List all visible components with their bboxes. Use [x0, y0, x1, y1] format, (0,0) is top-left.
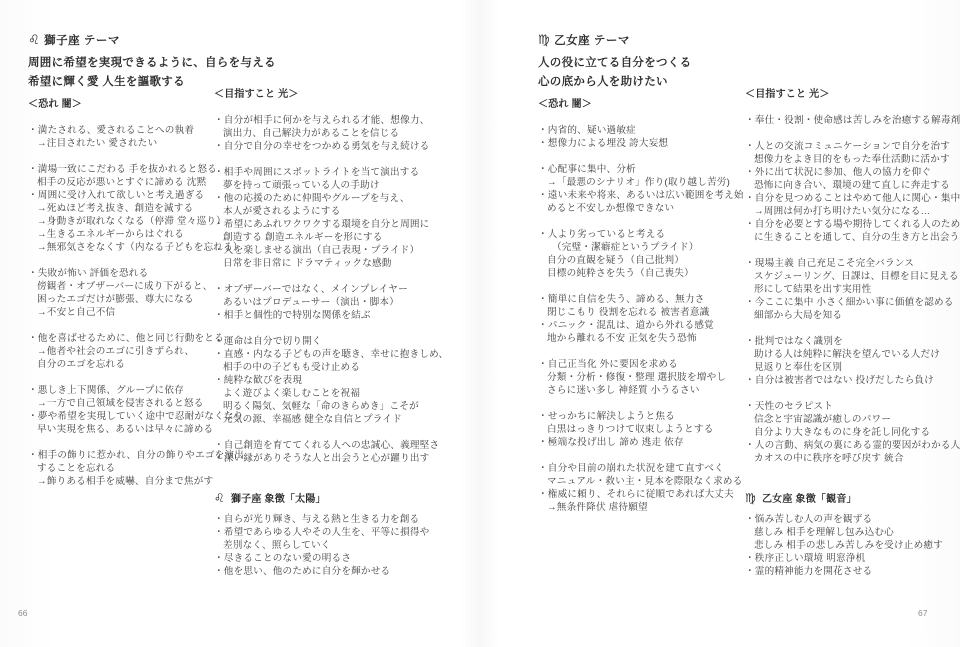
text-line: ・相手の飾りに惹かれ、自分の飾りやエゴを演出 — [28, 449, 218, 462]
text-line: ・極端な投げ出し 諦め 逃走 依存 — [538, 436, 743, 449]
text-line: →注目されたい 愛されたい — [28, 137, 218, 150]
virgo-fear-column: ＜恐れ 闇＞・内省的、疑い過敏症・想像力による埋没 誇大妄想・心配事に集中、分析… — [538, 98, 743, 527]
paragraph-block: ・オブザーバーではなく、メインプレイヤーあるいはプロデューサー（演出・脚本）・相… — [214, 283, 449, 322]
text-line: 相手の反応が悪いとすぐに諦める 沈黙 — [28, 176, 218, 189]
text-line: 夢を持って頑張っている人の手助け — [214, 179, 449, 192]
text-line: 創造する 創造エネルギーを形にする — [214, 231, 449, 244]
text-line: ・現場主義 自己充足こそ完全バランス — [745, 257, 957, 270]
text-line: ・オブザーバーではなく、メインプレイヤー — [214, 283, 449, 296]
text-line: ・深い縁がありそうな人と出会うと心が躍り出す — [214, 452, 449, 465]
paragraph-block: ・現場主義 自己充足こそ完全バランススケジューリング、日課は、目標を目に見える形… — [745, 257, 957, 322]
virgo-symbol-icon: ♍ — [538, 33, 550, 48]
text-line: ・人より劣っていると考える — [538, 228, 743, 241]
virgo-theme-subtitle-line1: 人の役に立てる自分をつくる — [538, 54, 691, 73]
paragraph-block: ・心配事に集中、分析→「最悪のシナリオ」作り(取り越し苦労)・遠い未来や将来、あ… — [538, 163, 743, 215]
text-line: ・尽きることのない愛の明るさ — [214, 552, 449, 565]
leo-symbol-icon: ♌ — [28, 33, 40, 48]
section-heading: ＜目指すこと 光＞ — [214, 88, 449, 101]
text-line: 目標の純粋さを失う（自己喪失） — [538, 267, 743, 280]
text-line: ・自己創造を育ててくれる人への忠誠心、義理堅さ — [214, 439, 449, 452]
text-line: →無邪気さをなくす（内なる子どもを忘れる） — [28, 241, 218, 254]
paragraph-block: ・自己正当化 外に要因を求める分類・分析・修復・整理 選択肢を増やしさらに迷い多… — [538, 358, 743, 397]
text-line: ・相手や周囲にスポットライトを当て演出する — [214, 166, 449, 179]
text-line: ・権威に頼り、それらに従順であれば大丈夫 — [538, 488, 743, 501]
text-line: 細部から大局を知る — [745, 309, 957, 322]
paragraph-block: ・他を喜ばせるために、他と同じ行動をとる→他者や社会のエゴに引きずられ、自分のエ… — [28, 332, 218, 371]
text-line: ・内省的、疑い過敏症 — [538, 124, 743, 137]
text-line: ・自己正当化 外に要因を求める — [538, 358, 743, 371]
virgo-theme-title-text: 乙女座 テーマ — [554, 35, 630, 47]
leo-fear-column: ＜恐れ 闇＞・満たされる、愛されることへの執着→注目されたい 愛されたい・満場一… — [28, 98, 218, 501]
text-line: カオスの中に秩序を呼び戻す 統合 — [745, 452, 957, 465]
text-line: 慈しみ 相手を理解し包み込む心 — [745, 526, 957, 539]
text-line: →不安と自己不信 — [28, 306, 218, 319]
text-line: ・心配事に集中、分析 — [538, 163, 743, 176]
text-line: 見返りと奉仕を区別 — [745, 361, 957, 374]
text-line: ・人の言動、病気の裏にある霊的要因がわかる人 — [745, 439, 957, 452]
text-line: →生きるエネルギーからはぐれる — [28, 228, 218, 241]
text-line: に生きることを通して、自分の生き方と出会う — [745, 231, 957, 244]
text-line: →身動きが取れなくなる（停滞 堂々巡り） — [28, 215, 218, 228]
text-line: →他者や社会のエゴに引きずられ、 — [28, 345, 218, 358]
text-line: 元気の源、幸福感 健全な自信とプライド — [214, 413, 449, 426]
text-line: （完璧・潔癖症というプライド） — [538, 241, 743, 254]
page-number-left: 66 — [18, 608, 27, 618]
text-line: →周囲は何か打ち明けたい気分になる… — [745, 205, 957, 218]
zodiac-symbol-section: ♌ 獅子座 象徴「太陽」・自らが光り輝き、与える熱と生きる力を創る・希望であらゆ… — [214, 492, 449, 578]
text-line: 地から離れる不安 正気を失う恐怖 — [538, 332, 743, 345]
paragraph-block: ・自分や目前の崩れた状況を建て直すべくマニュアル・救い主・見本を際限なく求める・… — [538, 462, 743, 514]
text-line: ・自分で自分の幸せをつかめる勇気を与え続ける — [214, 140, 449, 153]
page-number-right: 67 — [918, 608, 927, 618]
text-line: 傍観者・オブザーバーに成り下がると、 — [28, 280, 218, 293]
paragraph-block: ・自己創造を育ててくれる人への忠誠心、義理堅さ・深い縁がありそうな人と出会うと心… — [214, 439, 449, 465]
virgo-theme-subtitle-line2: 心の底から人を助けたい — [538, 73, 691, 92]
leo-theme-title-text: 獅子座 テーマ — [44, 35, 120, 47]
zodiac-symbol-icon: ♍ — [745, 491, 756, 505]
text-line: ・運命は自分で切り開く — [214, 335, 449, 348]
paragraph-block: ・批判ではなく識別を助ける人は純粋に解決を望んでいる人だけ見返りと奉仕を区別・自… — [745, 335, 957, 387]
text-line: 差別なく、照らしていく — [214, 539, 449, 552]
text-line: 悲しみ 相手の悲しみ苦しみを受け止め癒す — [745, 539, 957, 552]
text-line: ・希望であらゆる人やその人生を、平等に損得や — [214, 526, 449, 539]
paragraph-block: ・満たされる、愛されることへの執着→注目されたい 愛されたい — [28, 124, 218, 150]
text-line: ・批判ではなく識別を — [745, 335, 957, 348]
virgo-theme-title: ♍乙女座 テーマ — [538, 32, 691, 48]
section-heading: ＜目指すこと 光＞ — [745, 88, 957, 101]
text-line: →「最悪のシナリオ」作り(取り越し苦労) — [538, 176, 743, 189]
text-line: ・悪しき上下関係、グループに依存 — [28, 384, 218, 397]
text-line: ・自分を必要とする場や期待してくれる人のため — [745, 218, 957, 231]
paragraph-block: ・内省的、疑い過敏症・想像力による埋没 誇大妄想 — [538, 124, 743, 150]
paragraph-block: ・失敗が怖い 評価を恐れる傍観者・オブザーバーに成り下がると、困ったエゴだけが膨… — [28, 267, 218, 319]
virgo-light-column: ＜目指すこと 光＞・奉仕・役割・使命感は苦しみを治癒する解毒剤・人との交流コミュ… — [745, 88, 957, 578]
text-line: ・満場一致にこだわる 手を抜かれると怒る — [28, 163, 218, 176]
text-line: よく遊びよく楽しむことを祝福 — [214, 387, 449, 400]
text-line: →飾りある相手を威嚇、自分まで焦がす — [28, 475, 218, 488]
text-line: ・自分が相手に何かを与えられる才能、想像力、 — [214, 114, 449, 127]
text-line: 演出力、自己解決力があることを信じる — [214, 127, 449, 140]
right-page-header: ♍乙女座 テーマ 人の役に立てる自分をつくる 心の底から人を助けたい — [538, 32, 691, 92]
text-line: 分類・分析・修復・整理 選択肢を増やし — [538, 371, 743, 384]
text-line: ・周囲に受け入れて欲しいと考え過ぎる — [28, 189, 218, 202]
text-line: ・純粋な歓びを表現 — [214, 374, 449, 387]
text-line: あるいはプロデューサー（演出・脚本） — [214, 296, 449, 309]
text-line: 自分の直観を疑う（自己批判） — [538, 254, 743, 267]
leo-theme-title: ♌獅子座 テーマ — [28, 32, 276, 48]
text-line: ・悩み苦しむ人の声を観ずる — [745, 513, 957, 526]
text-line: 助ける人は純粋に解決を望んでいる人だけ — [745, 348, 957, 361]
text-line: ・外に出て状況に参加、他人の協力を仰ぐ — [745, 166, 957, 179]
text-line: ・自分は被害者ではない 投げだしたら負け — [745, 374, 957, 387]
text-line: 本人が愛されるようにする — [214, 205, 449, 218]
text-line: 恐怖に向き合い、環境の建て直しに奔走する — [745, 179, 957, 192]
symbol-section-heading: ♌ 獅子座 象徴「太陽」 — [214, 492, 449, 506]
section-heading: ＜恐れ 闇＞ — [28, 98, 218, 111]
paragraph-block: ・運命は自分で切り開く・直感・内なる子どもの声を聴き、幸せに抱きしめ、相手の中の… — [214, 335, 449, 426]
text-line: ・パニック・混乱は、道から外れる感覚 — [538, 319, 743, 332]
text-line: ・希望にあふれワクワクする環境を自分と周囲に — [214, 218, 449, 231]
text-line: ・簡単に自信を失う、諦める、無力さ — [538, 293, 743, 306]
text-line: めると不安しか想像できない — [538, 202, 743, 215]
text-line: 自分のエゴを忘れる — [28, 358, 218, 371]
text-line: ・他の応援のために仲間やグループを与え、 — [214, 192, 449, 205]
text-line: 早い実現を焦る、あるいは早々に諦める — [28, 423, 218, 436]
text-line: 閉じこもり 役割を忘れる 被害者意識 — [538, 306, 743, 319]
text-line: ・他を思い、他のために自分を輝かせる — [214, 565, 449, 578]
text-line: ・直感・内なる子どもの声を聴き、幸せに抱きしめ、 — [214, 348, 449, 361]
text-line: さらに迷い多し 神経質 小うるさい — [538, 384, 743, 397]
paragraph-block: ・せっかちに解決しようと焦る白黒はっきりつけて収束しようとする・極端な投げ出し … — [538, 410, 743, 449]
paragraph-block: ・満場一致にこだわる 手を抜かれると怒る相手の反応が悪いとすぐに諦める 沈黙・周… — [28, 163, 218, 254]
paragraph-block: ・奉仕・役割・使命感は苦しみを治癒する解毒剤 — [745, 114, 957, 127]
text-line: 想像力をよき目的をもった奉仕活動に活かす — [745, 153, 957, 166]
text-line: ・人との交流コミュニケーションで自分を治す — [745, 140, 957, 153]
zodiac-symbol-section: ♍ 乙女座 象徴「観音」・悩み苦しむ人の声を観ずる慈しみ 相手を理解し包み込む心… — [745, 492, 957, 578]
paragraph-block: ・人との交流コミュニケーションで自分を治す想像力をよき目的をもった奉仕活動に活か… — [745, 140, 957, 244]
paragraph-block: ・人より劣っていると考える（完璧・潔癖症というプライド）自分の直観を疑う（自己批… — [538, 228, 743, 280]
paragraph-block: ・自分が相手に何かを与えられる才能、想像力、演出力、自己解決力があることを信じる… — [214, 114, 449, 153]
paragraph-block: ・簡単に自信を失う、諦める、無力さ閉じこもり 役割を忘れる 被害者意識・パニック… — [538, 293, 743, 345]
text-line: ・自分や目前の崩れた状況を建て直すべく — [538, 462, 743, 475]
text-line: ・人を楽しませる演出（自己表現・プライド） — [214, 244, 449, 257]
text-line: マニュアル・救い主・見本を際限なく求める — [538, 475, 743, 488]
text-line: ・自分を見つめることはやめて他人に関心・集中 — [745, 192, 957, 205]
text-line: →一方で自己領域を侵害されると怒る — [28, 397, 218, 410]
section-heading: ＜恐れ 闇＞ — [538, 98, 743, 111]
zodiac-symbol-icon: ♌ — [214, 491, 225, 505]
text-line: ・相手と個性的で特別な関係を結ぶ — [214, 309, 449, 322]
text-line: ・夢や希望を実現していく途中で忍耐がなくなり — [28, 410, 218, 423]
text-line: ・他を喜ばせるために、他と同じ行動をとる — [28, 332, 218, 345]
text-line: 日常を非日常に ドラマティックな感動 — [214, 257, 449, 270]
text-line: ・遠い未来や将来、あるいは広い範囲を考え始 — [538, 189, 743, 202]
text-line: することを忘れる — [28, 462, 218, 475]
text-line: ・失敗が怖い 評価を恐れる — [28, 267, 218, 280]
text-line: ・せっかちに解決しようと焦る — [538, 410, 743, 423]
paragraph-block: ・悪しき上下関係、グループに依存→一方で自己領域を侵害されると怒る・夢や希望を実… — [28, 384, 218, 436]
leo-light-column: ＜目指すこと 光＞・自分が相手に何かを与えられる才能、想像力、演出力、自己解決力… — [214, 88, 449, 578]
text-line: ・天性のセラピスト — [745, 400, 957, 413]
text-line: ・奉仕・役割・使命感は苦しみを治癒する解毒剤 — [745, 114, 957, 127]
text-line: ・秩序正しい環境 明窓浄机 — [745, 552, 957, 565]
text-line: ・霊的精神能力を開花させる — [745, 565, 957, 578]
left-page-header: ♌獅子座 テーマ 周囲に希望を実現できるように、自らを与える 希望に輝く愛 人生… — [28, 32, 276, 92]
text-line: 信念と宇宙認識が癒しのパワー — [745, 413, 957, 426]
paragraph-block: ・天性のセラピスト信念と宇宙認識が癒しのパワー自分より大きなものに身を託し同化す… — [745, 400, 957, 465]
text-line: 形にして結果を出す実用性 — [745, 283, 957, 296]
text-line: ・想像力による埋没 誇大妄想 — [538, 137, 743, 150]
text-line: 自分より大きなものに身を託し同化する — [745, 426, 957, 439]
leo-theme-subtitle-line1: 周囲に希望を実現できるように、自らを与える — [28, 54, 276, 73]
symbol-section-heading: ♍ 乙女座 象徴「観音」 — [745, 492, 957, 506]
text-line: 白黒はっきりつけて収束しようとする — [538, 423, 743, 436]
text-line: →死ぬほど考え抜き、創造を減する — [28, 202, 218, 215]
text-line: ・満たされる、愛されることへの執着 — [28, 124, 218, 137]
text-line: ・自らが光り輝き、与える熱と生きる力を創る — [214, 513, 449, 526]
text-line: 相手の中の子どもも受け止める — [214, 361, 449, 374]
text-line: →無条件降伏 虐待願望 — [538, 501, 743, 514]
text-line: ・今ここに集中 小さく細かい事に価値を認める — [745, 296, 957, 309]
text-line: 困ったエゴだけが膨張、尊大になる — [28, 293, 218, 306]
text-line: 明るく陽気、気軽な「命のきらめき」こそが — [214, 400, 449, 413]
paragraph-block: ・相手や周囲にスポットライトを当て演出する夢を持って頑張っている人の手助け・他の… — [214, 166, 449, 270]
paragraph-block: ・相手の飾りに惹かれ、自分の飾りやエゴを演出することを忘れる→飾りある相手を威嚇… — [28, 449, 218, 488]
text-line: スケジューリング、日課は、目標を目に見える — [745, 270, 957, 283]
